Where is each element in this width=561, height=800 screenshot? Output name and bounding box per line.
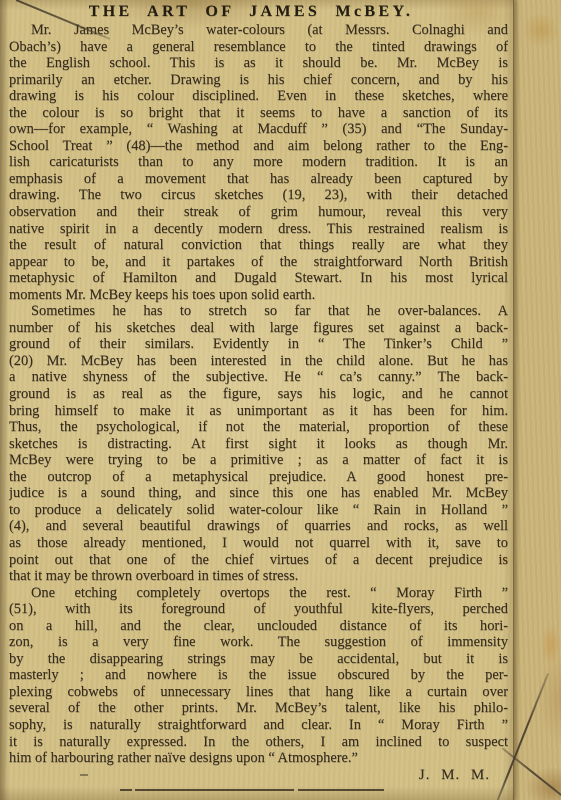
- text-line: Thus, the psychological, if not the mate…: [9, 419, 508, 436]
- text-line: on a hill, and the clear, unclouded dist…: [9, 618, 508, 635]
- text-line: him of harbouring rather naïve designs u…: [9, 750, 508, 767]
- text-line: that it may be thrown overboard in times…: [9, 568, 508, 585]
- text-line: sophy, is naturally straightforward and …: [9, 717, 508, 734]
- text-line: it is naturally expressed. In the others…: [9, 734, 508, 751]
- text-line: School Treat ” (48)—the method and aim b…: [9, 138, 508, 155]
- text-line: (51), with its foreground of youthful ki…: [9, 601, 508, 618]
- text-line: McBey were trying to be a primitive ; as…: [9, 452, 508, 469]
- text-line: primarily an etcher. Drawing is his chie…: [9, 72, 508, 89]
- text-line: the colour is so bright that it seems to…: [9, 105, 508, 122]
- text-line: emphasis of a movement that has already …: [9, 171, 508, 188]
- text-line: Obach’s) have a general resemblance to t…: [9, 39, 508, 56]
- text-line: several of the other prints. Mr. McBey’s…: [9, 700, 508, 717]
- text-line: a native shyness of the subjective. He “…: [9, 369, 508, 386]
- text-line: (4), and several beautiful drawings of q…: [9, 518, 508, 535]
- text-line: to produce a delicately solid water-colo…: [9, 502, 508, 519]
- stray-ink-mark: [80, 774, 88, 776]
- album-backing-page: [513, 0, 561, 800]
- text-line: zon, is a very fine work. The suggestion…: [9, 634, 508, 651]
- text-line: drawing. The two circus sketches (19, 23…: [9, 187, 508, 204]
- text-line: masterly ; and nowhere is the issue obsc…: [9, 667, 508, 684]
- article-title: THE ART OF JAMES McBEY.: [9, 3, 493, 21]
- text-line: number of his sketches deal with large f…: [9, 320, 508, 337]
- scanned-clipping-page: THE ART OF JAMES McBEY. Mr. James McBey’…: [0, 0, 561, 800]
- text-line: plexing cobwebs of unnecessary lines tha…: [9, 684, 508, 701]
- text-line: One etching completely overtops the rest…: [9, 585, 508, 602]
- text-line: as those already mentioned, I would not …: [9, 535, 508, 552]
- text-line: judice is a sound thing, and since this …: [9, 485, 508, 502]
- text-line: Mr. James McBey’s water-colours (at Mess…: [9, 22, 508, 39]
- text-line: lish caricaturists than to any more mode…: [9, 154, 508, 171]
- text-line: ground is as real as the figure, says hi…: [9, 386, 508, 403]
- text-line: by the disappearing strings may be accid…: [9, 651, 508, 668]
- text-line: drawing is his colour disciplined. Even …: [9, 88, 508, 105]
- text-line: the outcrop of a metaphysical prejudice.…: [9, 469, 508, 486]
- text-line: point out that one of the chief virtues …: [9, 552, 508, 569]
- end-of-article-rule: [120, 789, 384, 791]
- text-line: ground of their similars. Evidently in “…: [9, 336, 508, 353]
- text-line: native spirit in a decently modern dress…: [9, 221, 508, 238]
- text-line: moments Mr. McBey keeps his toes upon so…: [9, 287, 508, 304]
- text-line: own—for example, “ Washing at Macduff ” …: [9, 121, 508, 138]
- text-line: the result of natural conviction that th…: [9, 237, 508, 254]
- text-line: (20) Mr. McBey has been interested in th…: [9, 353, 508, 370]
- text-line: bring himself to make it as unimportant …: [9, 403, 508, 420]
- text-line: appear to be, and it partakes of the str…: [9, 254, 508, 271]
- text-line: the English school. This is as it should…: [9, 55, 508, 72]
- text-line: sketches is distracting. At first sight …: [9, 436, 508, 453]
- text-line: Sometimes he has to stretch so far that …: [9, 303, 508, 320]
- text-line: observation and their streak of grim hum…: [9, 204, 508, 221]
- text-line: metaphysic of Hamilton and Dugald Stewar…: [9, 270, 508, 287]
- newspaper-clipping: THE ART OF JAMES McBEY. Mr. James McBey’…: [0, 0, 514, 800]
- article-text: Mr. James McBey’s water-colours (at Mess…: [9, 22, 508, 767]
